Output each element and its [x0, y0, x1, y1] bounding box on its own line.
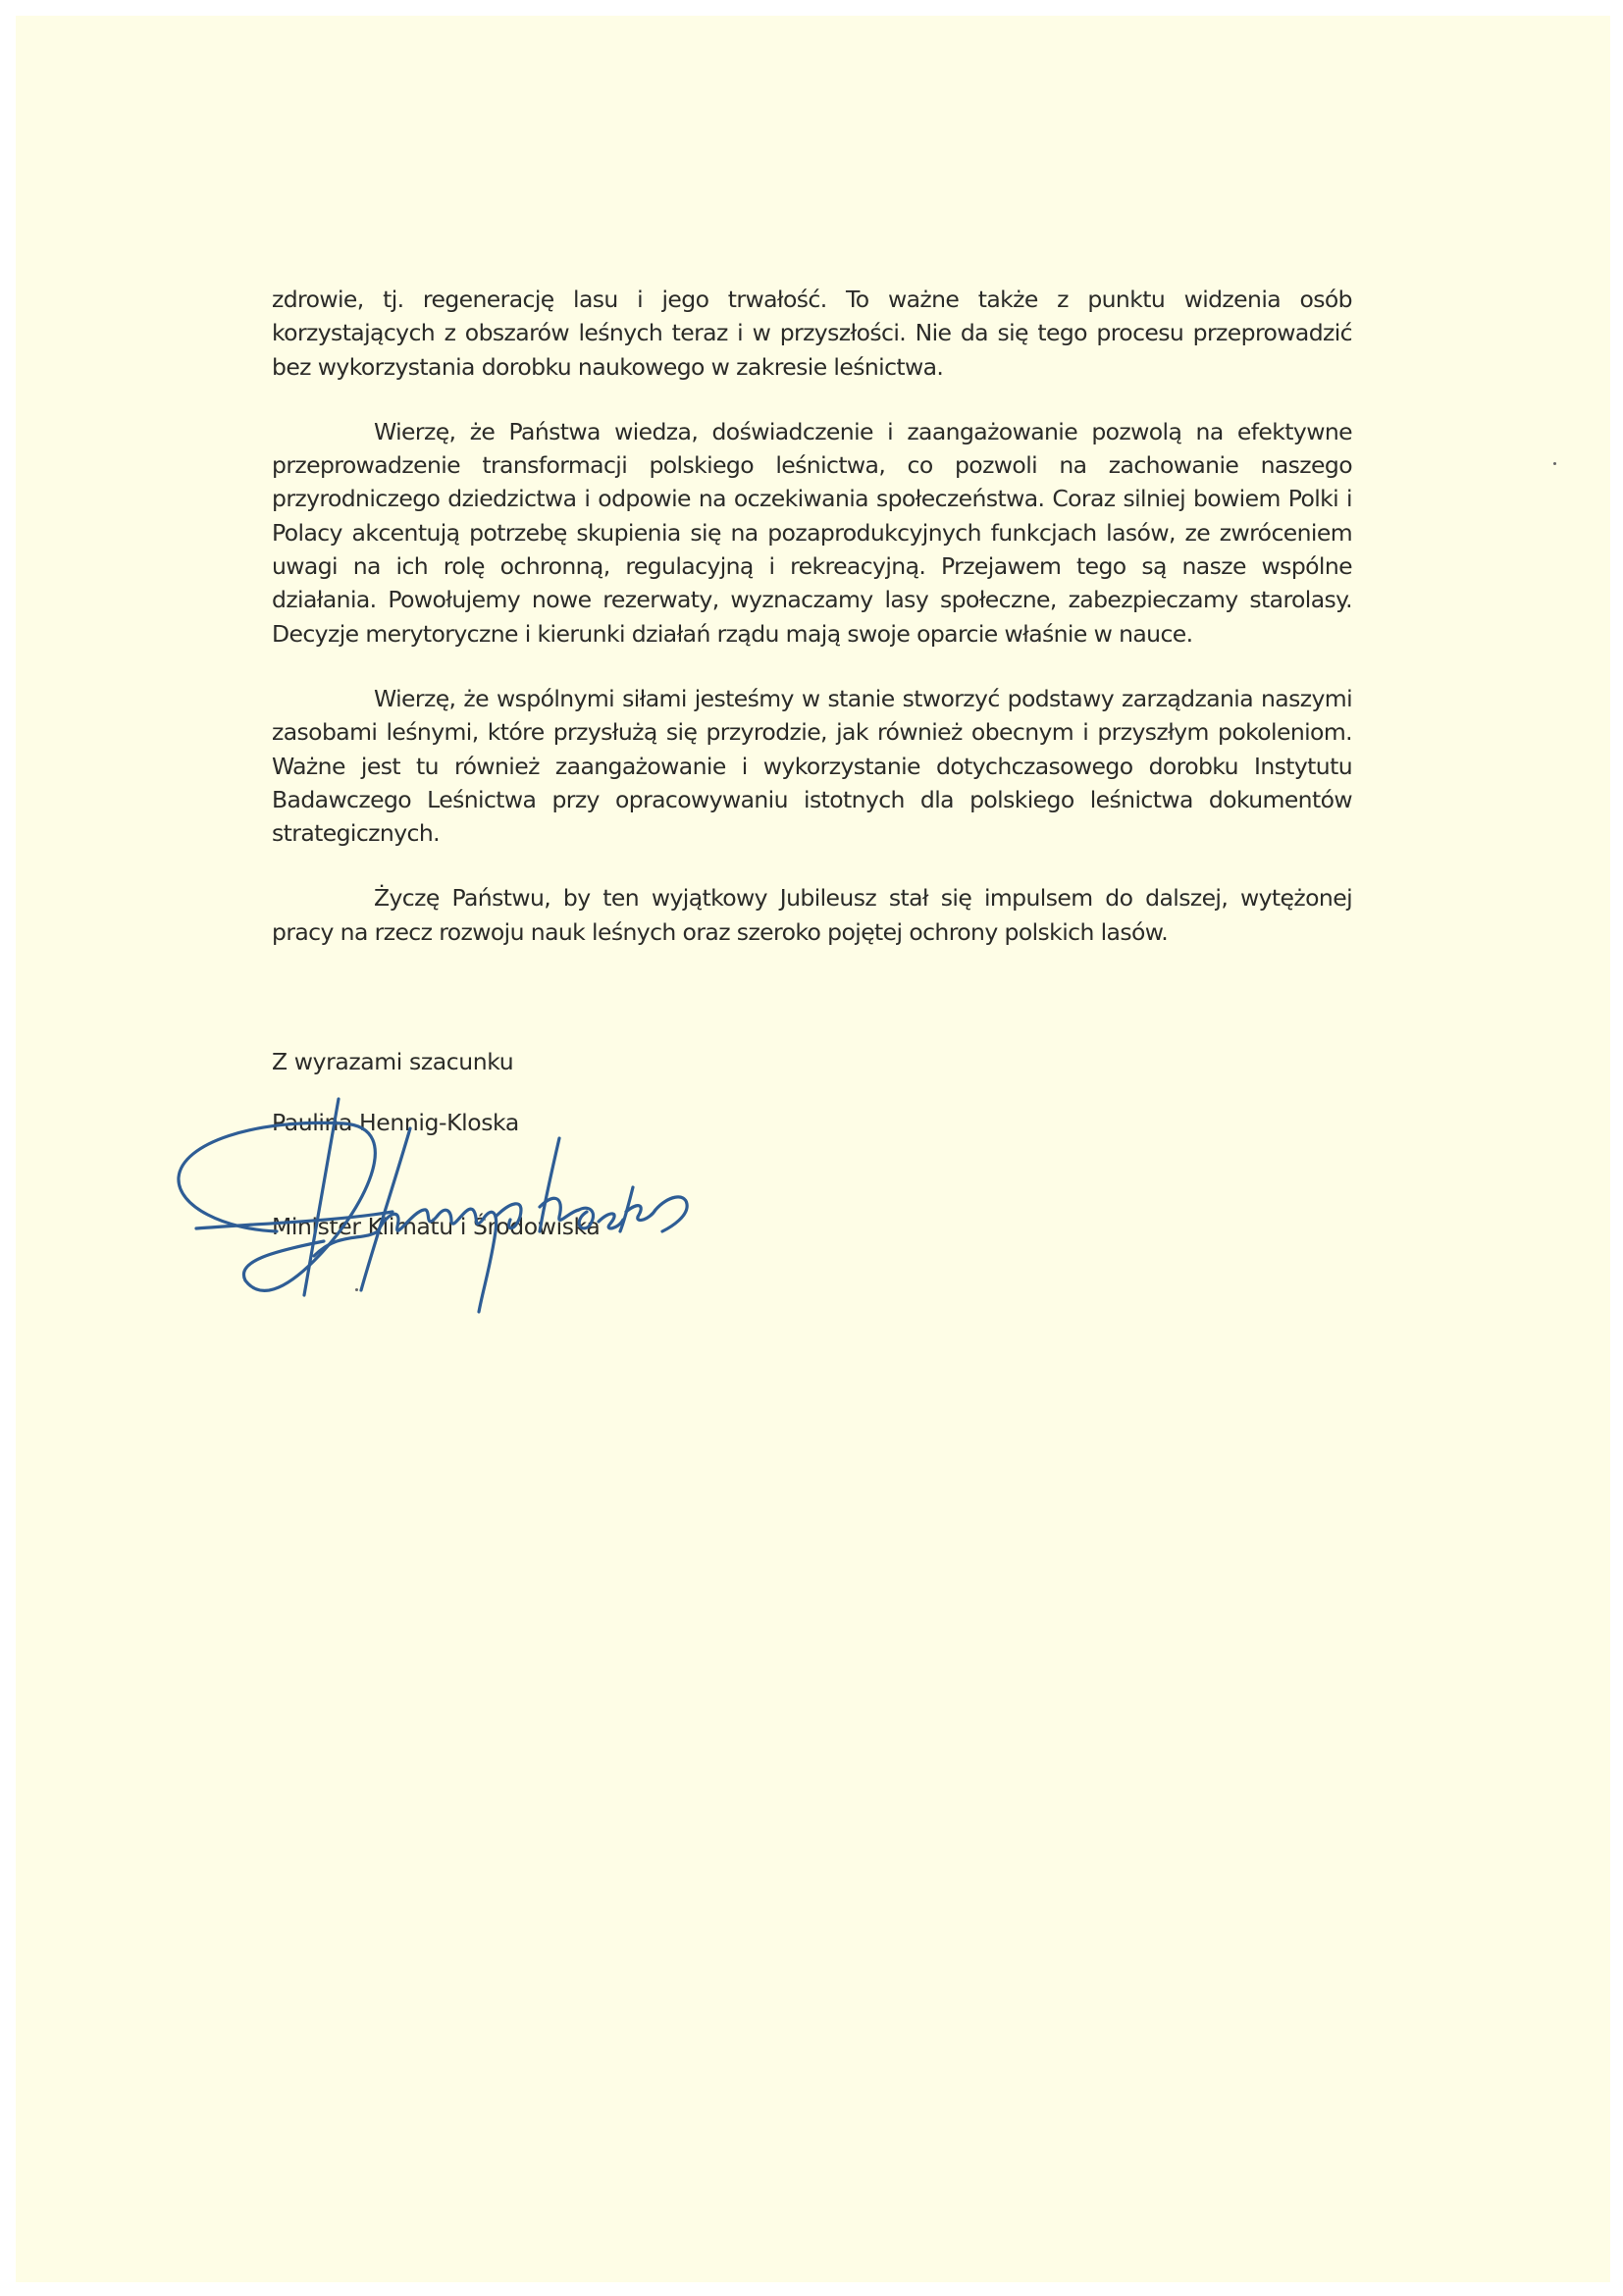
letter-body: zdrowie, tj. regenerację lasu i jego trw…: [272, 283, 1352, 980]
closing-salutation: Z wyrazami szacunku: [272, 1048, 513, 1075]
paragraph-4: Życzę Państwu, by ten wyjątkowy Jubileus…: [272, 881, 1352, 949]
paragraph-1: zdrowie, tj. regenerację lasu i jego trw…: [272, 283, 1352, 384]
paper-speck: [1553, 462, 1556, 465]
paragraph-3: Wierzę, że wspólnymi siłami jesteśmy w s…: [272, 682, 1352, 850]
paragraph-2: Wierzę, że Państwa wiedza, doświadczenie…: [272, 415, 1352, 651]
handwritten-signature: [167, 1094, 716, 1320]
